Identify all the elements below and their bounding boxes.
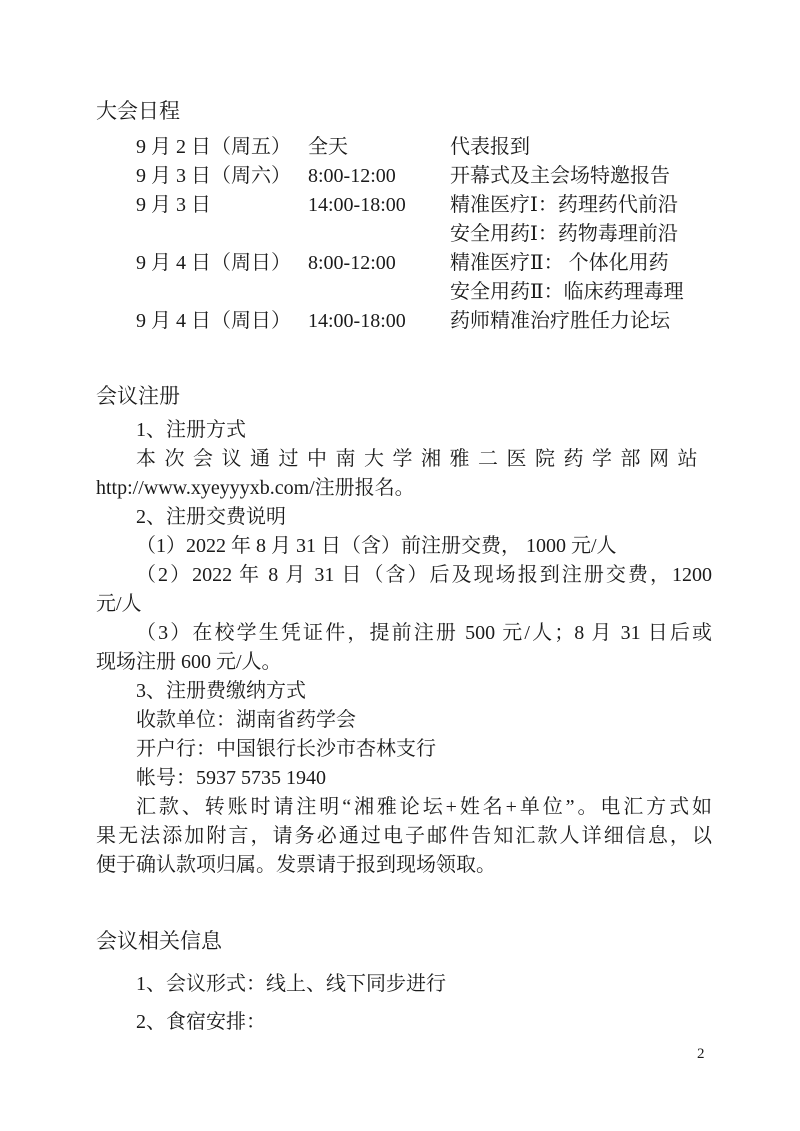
fee-student-line-wrap: 现场注册 600 元/人。	[96, 648, 712, 677]
fee-late-line-wrap: 元/人	[96, 590, 712, 619]
schedule-row: 安全用药Ⅰ：药物毒理前沿	[96, 220, 712, 249]
document-page: 大会日程 9 月 2 日（周五） 全天 代表报到 9 月 3 日（周六） 8:0…	[0, 0, 800, 1131]
registration-section-title: 会议注册	[96, 383, 712, 409]
schedule-event: 开幕式及主会场特邀报告	[450, 162, 712, 191]
remittance-note-line-3: 便于确认款项归属。发票请于报到现场领取。	[96, 851, 712, 880]
account-number-line: 帐号：5937 5735 1940	[96, 764, 712, 793]
info-section-title: 会议相关信息	[96, 928, 712, 954]
registration-section: 会议注册 1、注册方式 本次会议通过中南大学湘雅二医院药学部网站 http://…	[96, 383, 712, 880]
schedule-section-title: 大会日程	[96, 98, 712, 124]
schedule-event: 精准医疗Ⅱ： 个体化用药	[450, 249, 712, 278]
registration-method-heading: 1、注册方式	[96, 416, 712, 445]
schedule-date: 9 月 4 日（周日）	[136, 307, 304, 336]
info-item-format: 1、会议形式：线上、线下同步进行	[96, 970, 712, 999]
schedule-section: 大会日程 9 月 2 日（周五） 全天 代表报到 9 月 3 日（周六） 8:0…	[96, 98, 712, 336]
page-number: 2	[697, 1045, 705, 1063]
remittance-note-line-1: 汇款、转账时请注明“湘雅论坛+姓名+单位”。电汇方式如	[96, 793, 712, 822]
schedule-time	[304, 220, 450, 249]
schedule-event: 安全用药Ⅱ：临床药理毒理	[450, 278, 712, 307]
payee-line: 收款单位：湖南省药学会	[96, 706, 712, 735]
page-content: 大会日程 9 月 2 日（周五） 全天 代表报到 9 月 3 日（周六） 8:0…	[96, 98, 712, 1037]
fee-early-line: （1）2022 年 8 月 31 日（含）前注册交费， 1000 元/人	[96, 532, 712, 561]
schedule-time	[304, 278, 450, 307]
schedule-row: 安全用药Ⅱ：临床药理毒理	[96, 278, 712, 307]
schedule-event: 药师精准治疗胜任力论坛	[450, 307, 712, 336]
schedule-time: 14:00-18:00	[304, 191, 450, 220]
schedule-event: 安全用药Ⅰ：药物毒理前沿	[450, 220, 712, 249]
info-section: 会议相关信息 1、会议形式：线上、线下同步进行 2、食宿安排：	[96, 928, 712, 1037]
registration-fee-heading: 2、注册交费说明	[96, 503, 712, 532]
schedule-row: 9 月 4 日（周日） 14:00-18:00 药师精准治疗胜任力论坛	[96, 307, 712, 336]
schedule-row: 9 月 2 日（周五） 全天 代表报到	[96, 133, 712, 162]
schedule-date: 9 月 3 日	[136, 191, 304, 220]
schedule-date: 9 月 2 日（周五）	[136, 133, 304, 162]
fee-late-line: （2）2022 年 8 月 31 日（含）后及现场报到注册交费，1200	[96, 561, 712, 590]
remittance-note-line-2: 果无法添加附言，请务必通过电子邮件告知汇款人详细信息，以	[96, 822, 712, 851]
fee-student-line: （3）在校学生凭证件，提前注册 500 元/人；8 月 31 日后或	[96, 619, 712, 648]
bank-line: 开户行：中国银行长沙市杏林支行	[96, 735, 712, 764]
registration-method-text: 本次会议通过中南大学湘雅二医院药学部网站	[96, 445, 712, 474]
schedule-date	[136, 220, 304, 249]
schedule-time: 14:00-18:00	[304, 307, 450, 336]
payment-method-heading: 3、注册费缴纳方式	[96, 677, 712, 706]
registration-url: http://www.xyeyyyxb.com/注册报名。	[96, 474, 712, 503]
schedule-event: 代表报到	[450, 133, 712, 162]
schedule-event: 精准医疗Ⅰ：药理药代前沿	[450, 191, 712, 220]
schedule-table: 9 月 2 日（周五） 全天 代表报到 9 月 3 日（周六） 8:00-12:…	[96, 133, 712, 336]
schedule-time: 全天	[304, 133, 450, 162]
info-item-accommodation: 2、食宿安排：	[96, 1008, 712, 1037]
schedule-time: 8:00-12:00	[304, 249, 450, 278]
schedule-date: 9 月 3 日（周六）	[136, 162, 304, 191]
schedule-row: 9 月 3 日（周六） 8:00-12:00 开幕式及主会场特邀报告	[96, 162, 712, 191]
schedule-date: 9 月 4 日（周日）	[136, 249, 304, 278]
schedule-row: 9 月 4 日（周日） 8:00-12:00 精准医疗Ⅱ： 个体化用药	[96, 249, 712, 278]
schedule-time: 8:00-12:00	[304, 162, 450, 191]
schedule-row: 9 月 3 日 14:00-18:00 精准医疗Ⅰ：药理药代前沿	[96, 191, 712, 220]
schedule-date	[136, 278, 304, 307]
